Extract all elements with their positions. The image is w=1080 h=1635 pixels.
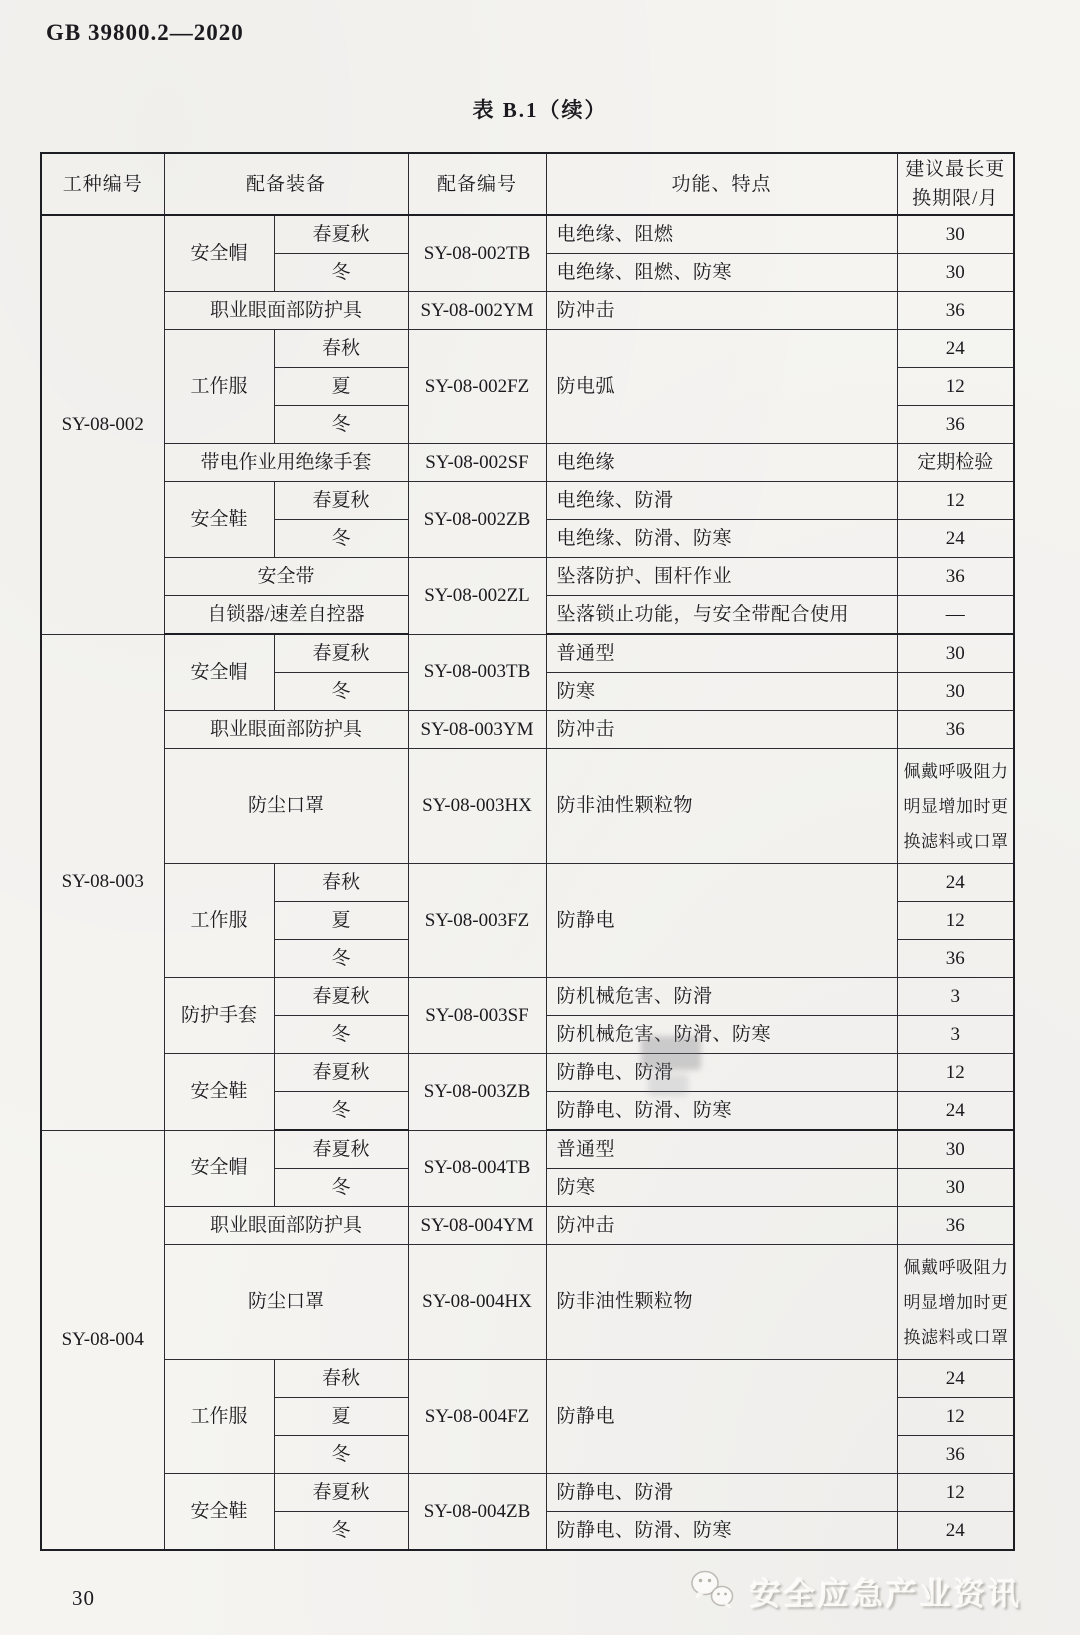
- table-cell: SY-08-003: [41, 634, 164, 1130]
- wechat-bubbles-icon: [688, 1568, 740, 1614]
- table-cell: 安全带: [164, 558, 408, 596]
- table-cell: 24: [897, 330, 1014, 368]
- table-cell: 12: [897, 482, 1014, 520]
- table-cell: 佩戴呼吸阻力明显增加时更换滤料或口罩: [897, 749, 1014, 864]
- table-cell: 防尘口罩: [164, 1245, 408, 1360]
- footer-brand-text: 安全应急产业资讯: [750, 1569, 1022, 1614]
- table-cell: 春秋: [274, 864, 408, 902]
- table-row: 职业眼面部防护具SY-08-003YM防冲击36: [41, 711, 1014, 749]
- table-cell: SY-08-003YM: [408, 711, 546, 749]
- table-cell: 防静电、防滑: [546, 1474, 897, 1512]
- table-cell: 春夏秋: [274, 634, 408, 673]
- table-cell: 春夏秋: [274, 1054, 408, 1092]
- table-cell: SY-08-004TB: [408, 1130, 546, 1207]
- table-cell: 夏: [274, 902, 408, 940]
- table-cell: 30: [897, 1130, 1014, 1169]
- column-header: 建议最长更换期限/月: [897, 153, 1014, 215]
- table-cell: 工作服: [164, 330, 274, 444]
- table-row: 安全鞋春夏秋SY-08-004ZB防静电、防滑12: [41, 1474, 1014, 1512]
- table-cell: —: [897, 596, 1014, 635]
- table-cell: 春夏秋: [274, 215, 408, 254]
- table-cell: 36: [897, 940, 1014, 978]
- column-header: 配备装备: [164, 153, 408, 215]
- table-cell: 夏: [274, 368, 408, 406]
- table-row: 工作服春秋SY-08-004FZ防静电24: [41, 1360, 1014, 1398]
- table-cell: 春秋: [274, 330, 408, 368]
- table-cell: SY-08-002ZB: [408, 482, 546, 558]
- table-cell: 夏: [274, 1398, 408, 1436]
- table-cell: SY-08-004: [41, 1130, 164, 1550]
- scan-smudge: [641, 1036, 701, 1070]
- table-cell: 24: [897, 520, 1014, 558]
- table-cell: 24: [897, 1512, 1014, 1551]
- table-cell: 防护手套: [164, 978, 274, 1054]
- table-cell: 30: [897, 673, 1014, 711]
- table-row: 职业眼面部防护具SY-08-002YM防冲击36: [41, 292, 1014, 330]
- table-cell: 自锁器/速差自控器: [164, 596, 408, 635]
- table-cell: SY-08-002: [41, 215, 164, 634]
- table-cell: 佩戴呼吸阻力明显增加时更换滤料或口罩: [897, 1245, 1014, 1360]
- table-cell: 30: [897, 215, 1014, 254]
- table-cell: 冬: [274, 673, 408, 711]
- table-cell: SY-08-002TB: [408, 215, 546, 292]
- table-cell: SY-08-003TB: [408, 634, 546, 711]
- table-row: 安全带SY-08-002ZL坠落防护、围杆作业36: [41, 558, 1014, 596]
- table-cell: 30: [897, 254, 1014, 292]
- table-cell: 冬: [274, 1512, 408, 1551]
- footer-brand-watermark: 安全应急产业资讯: [688, 1568, 1022, 1614]
- table-title: 表 B.1（续）: [0, 94, 1080, 124]
- table-cell: 电绝缘、阻燃、防寒: [546, 254, 897, 292]
- table-cell: SY-08-004ZB: [408, 1474, 546, 1551]
- table-cell: 春夏秋: [274, 978, 408, 1016]
- table-cell: 带电作业用绝缘手套: [164, 444, 408, 482]
- table-cell: 防冲击: [546, 1207, 897, 1245]
- table-cell: SY-08-003FZ: [408, 864, 546, 978]
- table-cell: 36: [897, 406, 1014, 444]
- column-header: 工种编号: [41, 153, 164, 215]
- table-cell: 电绝缘: [546, 444, 897, 482]
- table-cell: SY-08-003SF: [408, 978, 546, 1054]
- table-cell: 防机械危害、防滑、防寒: [546, 1016, 897, 1054]
- table-row: 安全鞋春夏秋SY-08-003ZB防静电、防滑12: [41, 1054, 1014, 1092]
- table-row: 防尘口罩SY-08-003HX防非油性颗粒物佩戴呼吸阻力明显增加时更换滤料或口罩: [41, 749, 1014, 864]
- table-cell: 安全帽: [164, 1130, 274, 1207]
- table-cell: 防寒: [546, 673, 897, 711]
- table-row: 工作服春秋SY-08-002FZ防电弧24: [41, 330, 1014, 368]
- table-cell: 春夏秋: [274, 1130, 408, 1169]
- table-cell: 30: [897, 1169, 1014, 1207]
- table-cell: SY-08-004HX: [408, 1245, 546, 1360]
- table-cell: 电绝缘、防滑、防寒: [546, 520, 897, 558]
- table-row: 防尘口罩SY-08-004HX防非油性颗粒物佩戴呼吸阻力明显增加时更换滤料或口罩: [41, 1245, 1014, 1360]
- table-cell: 防静电: [546, 864, 897, 978]
- table-cell: 36: [897, 292, 1014, 330]
- table-cell: SY-08-002FZ: [408, 330, 546, 444]
- table-cell: 36: [897, 711, 1014, 749]
- table-cell: 安全帽: [164, 634, 274, 711]
- table-cell: SY-08-004FZ: [408, 1360, 546, 1474]
- table-cell: SY-08-003HX: [408, 749, 546, 864]
- table-cell: 春夏秋: [274, 1474, 408, 1512]
- table-cell: 防电弧: [546, 330, 897, 444]
- scanned-standard-page: GB 39800.2—2020 表 B.1（续） 工种编号配备装备配备编号功能、…: [0, 0, 1080, 1635]
- ppe-equipment-table: 工种编号配备装备配备编号功能、特点建议最长更换期限/月SY-08-002安全帽春…: [40, 152, 1015, 1551]
- table-cell: 12: [897, 368, 1014, 406]
- table-cell: 春秋: [274, 1360, 408, 1398]
- table-cell: SY-08-003ZB: [408, 1054, 546, 1131]
- document-code: GB 39800.2—2020: [46, 20, 244, 46]
- table-cell: 防冲击: [546, 292, 897, 330]
- page-number: 30: [72, 1586, 95, 1611]
- table-cell: 冬: [274, 1092, 408, 1131]
- table-row: 带电作业用绝缘手套SY-08-002SF电绝缘定期检验: [41, 444, 1014, 482]
- table-cell: 普通型: [546, 1130, 897, 1169]
- table-cell: 冬: [274, 406, 408, 444]
- table-cell: 防冲击: [546, 711, 897, 749]
- table-cell: 防尘口罩: [164, 749, 408, 864]
- table-cell: 12: [897, 1054, 1014, 1092]
- table-cell: 安全鞋: [164, 1474, 274, 1551]
- table-cell: 电绝缘、防滑: [546, 482, 897, 520]
- table-cell: 24: [897, 1360, 1014, 1398]
- column-header: 功能、特点: [546, 153, 897, 215]
- table-cell: 12: [897, 1474, 1014, 1512]
- table-cell: 冬: [274, 1169, 408, 1207]
- table-cell: 冬: [274, 1016, 408, 1054]
- table-cell: 冬: [274, 254, 408, 292]
- table-cell: 冬: [274, 940, 408, 978]
- table-cell: 防静电、防滑、防寒: [546, 1092, 897, 1131]
- table-cell: 冬: [274, 1436, 408, 1474]
- table-row: 安全鞋春夏秋SY-08-002ZB电绝缘、防滑12: [41, 482, 1014, 520]
- table-cell: 安全帽: [164, 215, 274, 292]
- table-cell: 冬: [274, 520, 408, 558]
- table-cell: 防非油性颗粒物: [546, 749, 897, 864]
- table-cell: 12: [897, 1398, 1014, 1436]
- table-row: 职业眼面部防护具SY-08-004YM防冲击36: [41, 1207, 1014, 1245]
- column-header: 配备编号: [408, 153, 546, 215]
- table-cell: 电绝缘、阻燃: [546, 215, 897, 254]
- table-cell: 36: [897, 558, 1014, 596]
- table-cell: 防非油性颗粒物: [546, 1245, 897, 1360]
- table-cell: 安全鞋: [164, 1054, 274, 1131]
- table-cell: 36: [897, 1207, 1014, 1245]
- table-cell: SY-08-002SF: [408, 444, 546, 482]
- table-cell: 普通型: [546, 634, 897, 673]
- table-cell: 3: [897, 1016, 1014, 1054]
- table-row: 防护手套春夏秋SY-08-003SF防机械危害、防滑3: [41, 978, 1014, 1016]
- table-cell: 24: [897, 1092, 1014, 1131]
- table-cell: 安全鞋: [164, 482, 274, 558]
- table-cell: 定期检验: [897, 444, 1014, 482]
- table-cell: 36: [897, 1436, 1014, 1474]
- table-cell: SY-08-002YM: [408, 292, 546, 330]
- table-cell: 职业眼面部防护具: [164, 711, 408, 749]
- table-cell: 防静电: [546, 1360, 897, 1474]
- table-cell: 防机械危害、防滑: [546, 978, 897, 1016]
- table-cell: 坠落锁止功能，与安全带配合使用: [546, 596, 897, 635]
- table-cell: 防寒: [546, 1169, 897, 1207]
- scan-smudge: [648, 1074, 688, 1096]
- table-cell: 3: [897, 978, 1014, 1016]
- table-cell: 防静电、防滑: [546, 1054, 897, 1092]
- table-header-row: 工种编号配备装备配备编号功能、特点建议最长更换期限/月: [41, 153, 1014, 215]
- table-cell: 工作服: [164, 1360, 274, 1474]
- table-cell: SY-08-004YM: [408, 1207, 546, 1245]
- table-cell: 坠落防护、围杆作业: [546, 558, 897, 596]
- table-row: SY-08-002安全帽春夏秋SY-08-002TB电绝缘、阻燃30: [41, 215, 1014, 254]
- table-row: SY-08-004安全帽春夏秋SY-08-004TB普通型30: [41, 1130, 1014, 1169]
- table-cell: 12: [897, 902, 1014, 940]
- table-cell: 工作服: [164, 864, 274, 978]
- table-cell: 职业眼面部防护具: [164, 292, 408, 330]
- table-cell: 24: [897, 864, 1014, 902]
- table-cell: 30: [897, 634, 1014, 673]
- table-cell: 职业眼面部防护具: [164, 1207, 408, 1245]
- table-row: SY-08-003安全帽春夏秋SY-08-003TB普通型30: [41, 634, 1014, 673]
- table-cell: SY-08-002ZL: [408, 558, 546, 635]
- table-row: 工作服春秋SY-08-003FZ防静电24: [41, 864, 1014, 902]
- table-cell: 防静电、防滑、防寒: [546, 1512, 897, 1551]
- table-cell: 春夏秋: [274, 482, 408, 520]
